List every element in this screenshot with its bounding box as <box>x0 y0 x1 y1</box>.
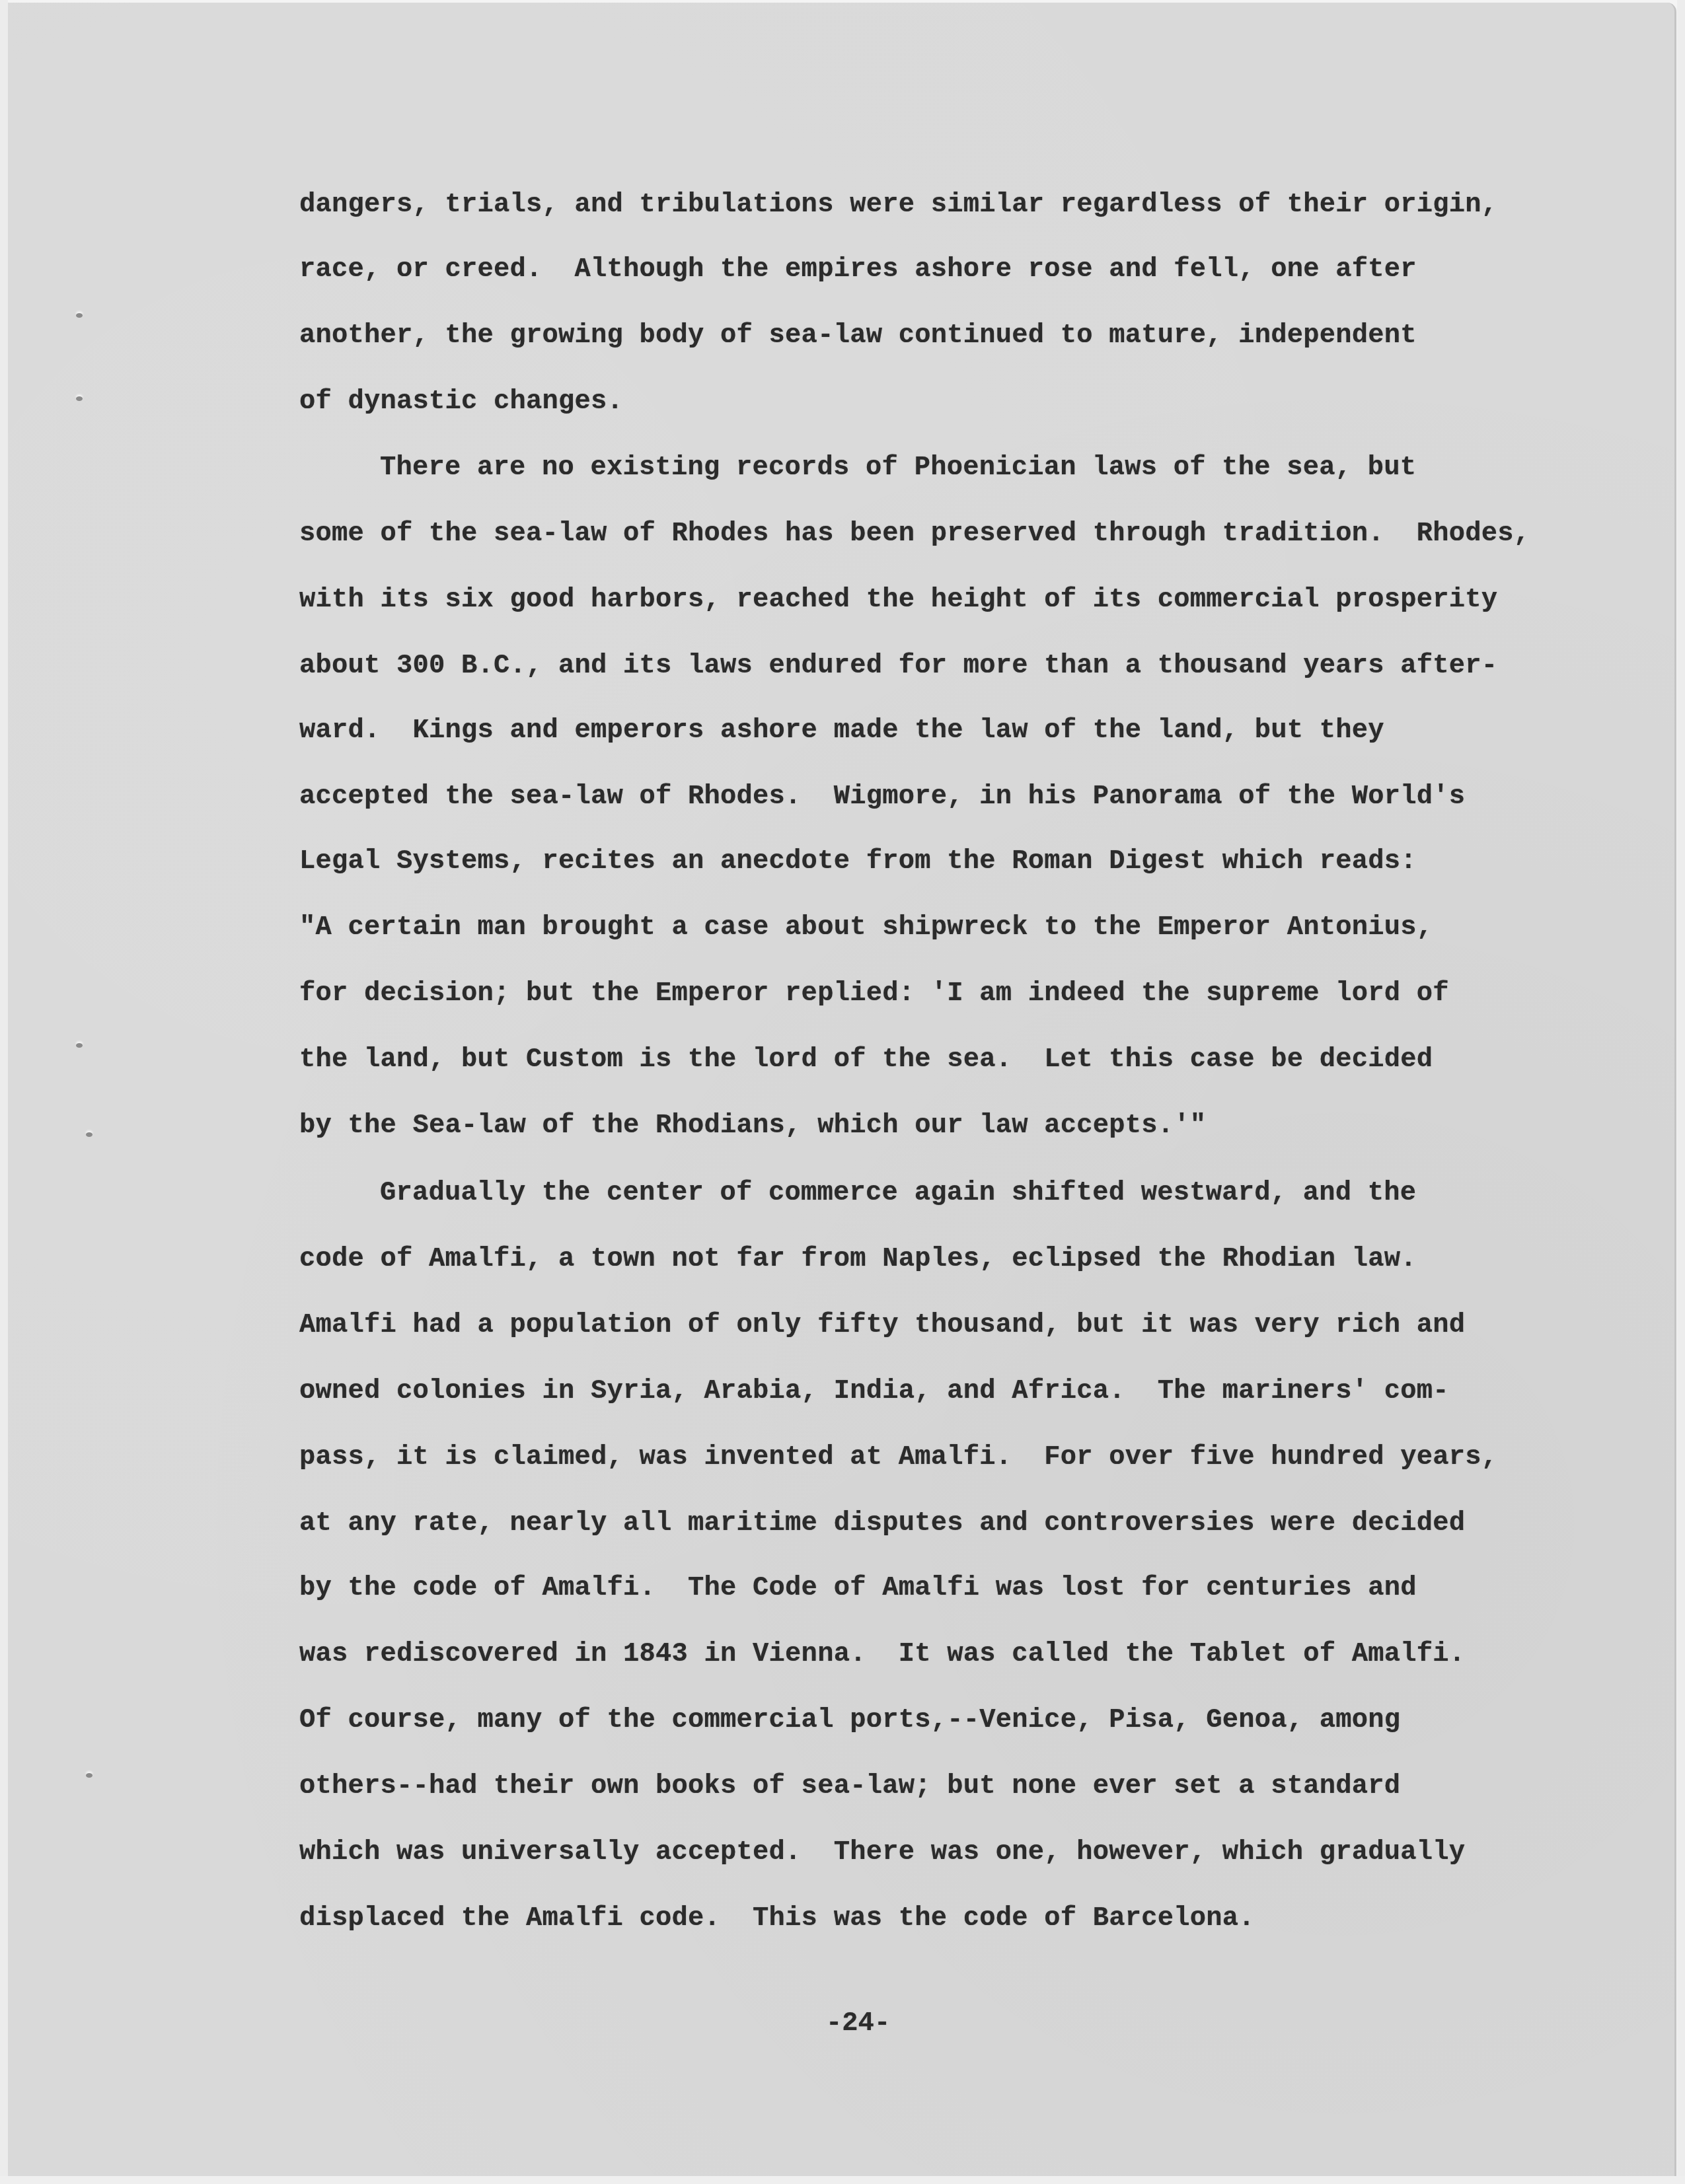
scan-bottom-edge <box>0 2176 1685 2184</box>
text-line: race, or creed. Although the empires ash… <box>299 250 1417 289</box>
text-line: by the Sea-law of the Rhodians, which ou… <box>299 1106 1206 1146</box>
text-line: for decision; but the Emperor replied: '… <box>299 974 1449 1013</box>
text-line: others--had their own books of sea-law; … <box>299 1766 1400 1806</box>
text-line: another, the growing body of sea-law con… <box>299 316 1417 355</box>
text-line: of dynastic changes. <box>299 382 623 421</box>
text-line: "A certain man brought a case about ship… <box>299 908 1433 947</box>
text-line: by the code of Amalfi. The Code of Amalf… <box>299 1568 1417 1608</box>
margin-mark-5 <box>86 1773 93 1778</box>
text-line: the land, but Custom is the lord of the … <box>299 1040 1433 1079</box>
text-line: Of course, many of the commercial ports,… <box>299 1700 1400 1740</box>
scan-left-edge <box>0 0 8 2184</box>
margin-mark-1 <box>76 313 83 318</box>
text-line: There are no existing records of Phoenic… <box>380 448 1416 488</box>
margin-mark-4 <box>86 1132 93 1137</box>
page-number: -24- <box>826 2004 890 2043</box>
text-line: with its six good harbors, reached the h… <box>299 580 1497 620</box>
text-line: dangers, trials, and tribulations were s… <box>299 185 1497 225</box>
text-line: Gradually the center of commerce again s… <box>380 1173 1416 1213</box>
scan-right-edge <box>1677 0 1685 2184</box>
text-line: code of Amalfi, a town not far from Napl… <box>299 1239 1417 1279</box>
text-line: pass, it is claimed, was invented at Ama… <box>299 1438 1497 1477</box>
margin-mark-3 <box>76 1043 83 1048</box>
text-line: about 300 B.C., and its laws endured for… <box>299 646 1497 686</box>
margin-mark-2 <box>76 396 83 401</box>
text-line: accepted the sea-law of Rhodes. Wigmore,… <box>299 777 1465 817</box>
text-line: ward. Kings and emperors ashore made the… <box>299 711 1384 750</box>
text-line: some of the sea-law of Rhodes has been p… <box>299 514 1530 554</box>
text-line: at any rate, nearly all maritime dispute… <box>299 1504 1465 1543</box>
text-line: was rediscovered in 1843 in Vienna. It w… <box>299 1634 1465 1674</box>
text-line: Amalfi had a population of only fifty th… <box>299 1305 1465 1345</box>
text-line: displaced the Amalfi code. This was the … <box>299 1899 1255 1938</box>
text-line: Legal Systems, recites an anecdote from … <box>299 842 1417 881</box>
text-line: which was universally accepted. There wa… <box>299 1833 1465 1872</box>
text-line: owned colonies in Syria, Arabia, India, … <box>299 1371 1449 1411</box>
